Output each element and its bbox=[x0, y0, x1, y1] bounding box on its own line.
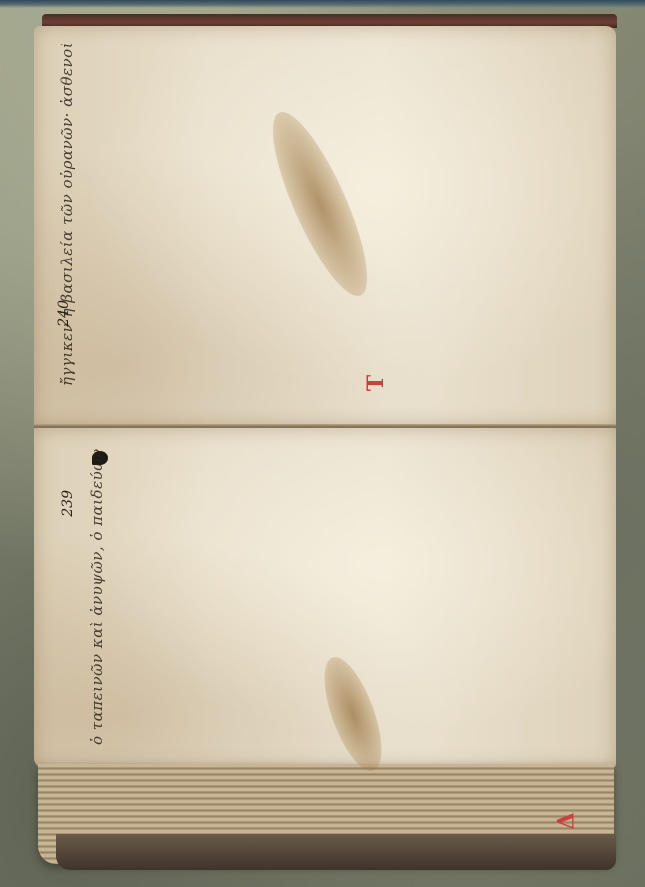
lower-folio-number: 239 bbox=[60, 490, 76, 517]
red-initial-upper: Τ bbox=[363, 375, 389, 391]
top-edge-strip bbox=[0, 0, 645, 8]
text-line: ἤγγικεν ἡ βασιλεία τῶν οὐρανῶν· ἀσθενοῦν… bbox=[60, 44, 75, 386]
lower-page-text: ὁ ταπεινῶν καὶ ἀνυψῶν, ὁ παιδεύων καὶ πά… bbox=[90, 445, 610, 745]
upper-page-text: ἤγγικεν ἡ βασιλεία τῶν οὐρανῶν· ἀσθενοῦν… bbox=[60, 44, 600, 386]
red-initial-lower: Δ bbox=[554, 812, 580, 829]
back-cover-edge bbox=[56, 834, 616, 870]
text-line: ὁ ταπεινῶν καὶ ἀνυψῶν, ὁ παιδεύων καὶ πά… bbox=[90, 445, 105, 745]
